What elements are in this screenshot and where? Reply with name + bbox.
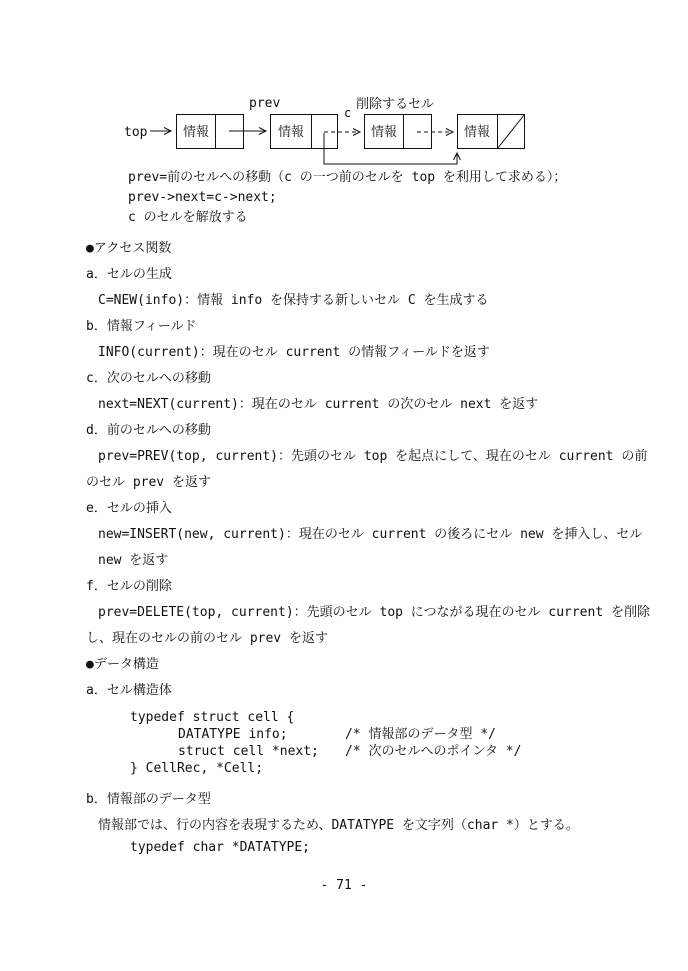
top-pointer-label: top xyxy=(124,125,148,140)
text-line: next=NEXT(current)：現在のセル current の次のセル n… xyxy=(0,392,688,418)
text-line: new を返す xyxy=(0,548,688,574)
null-pointer-slash xyxy=(498,115,525,149)
text-line: DATATYPE info;/* 情報部のデータ型 */ xyxy=(0,726,688,743)
c-pointer-label: c xyxy=(344,106,351,120)
text-line: e．セルの挿入 xyxy=(0,496,688,522)
cell-info-label-3: 情報 xyxy=(371,124,397,140)
code-comment: /* 次のセルへのポインタ */ xyxy=(345,744,521,759)
body-text: prev=前のセルへの移動（c の一つ前のセルを top を利用して求める）；p… xyxy=(0,168,688,856)
cell-info-label-1: 情報 xyxy=(183,124,209,140)
text-line: c のセルを解放する xyxy=(0,208,688,228)
document-page: top prev 削除するセル c 情報 情報 情報 情報 prev=前のセルへ… xyxy=(0,0,688,971)
text-line: INFO(current)：現在のセル current の情報フィールドを返す xyxy=(0,340,688,366)
text-line: typedef struct cell { xyxy=(0,709,688,726)
text-line: のセル prev を返す xyxy=(0,470,688,496)
text-line: prev=前のセルへの移動（c の一つ前のセルを top を利用して求める）； xyxy=(0,168,688,188)
text-line: } CellRec, *Cell; xyxy=(0,760,688,777)
text-line: prev=DELETE(top, current)：先頭のセル top につなが… xyxy=(0,600,688,626)
text-line: prev->next=c->next; xyxy=(0,188,688,208)
text-line: a．セル構造体 xyxy=(0,678,688,704)
code-statement: DATATYPE info; xyxy=(178,726,345,743)
text-line: c．次のセルへの移動 xyxy=(0,366,688,392)
text-line: ●データ構造 xyxy=(0,652,688,678)
code-comment: /* 情報部のデータ型 */ xyxy=(345,727,496,742)
text-line: し、現在のセルの前のセル prev を返す xyxy=(0,626,688,652)
text-line: C=NEW(info)：情報 info を保持する新しいセル C を生成する xyxy=(0,288,688,314)
text-line: new=INSERT(new, current)：現在のセル current の… xyxy=(0,522,688,548)
text-line: f．セルの削除 xyxy=(0,574,688,600)
linked-list-delete-diagram: top prev 削除するセル c 情報 情報 情報 情報 xyxy=(0,0,688,180)
prev-cell-label: prev xyxy=(249,96,280,111)
text-line: d．前のセルへの移動 xyxy=(0,418,688,444)
delete-cell-label: 削除するセル xyxy=(356,96,434,112)
text-line: b．情報部のデータ型 xyxy=(0,787,688,813)
page-number: - 71 - xyxy=(0,878,688,893)
text-line: a．セルの生成 xyxy=(0,262,688,288)
text-line: ●アクセス関数 xyxy=(0,236,688,262)
text-line: 情報部では、行の内容を表現するため、DATATYPE を文字列（char *）と… xyxy=(0,813,688,839)
text-line: typedef char *DATATYPE; xyxy=(0,839,688,856)
text-line: b．情報フィールド xyxy=(0,314,688,340)
text-line: prev=PREV(top, current)：先頭のセル top を起点にして… xyxy=(0,444,688,470)
cell-info-label-4: 情報 xyxy=(464,124,490,140)
cell-info-label-2: 情報 xyxy=(278,124,304,140)
text-line: struct cell *next;/* 次のセルへのポインタ */ xyxy=(0,743,688,760)
code-statement: struct cell *next; xyxy=(178,743,345,760)
